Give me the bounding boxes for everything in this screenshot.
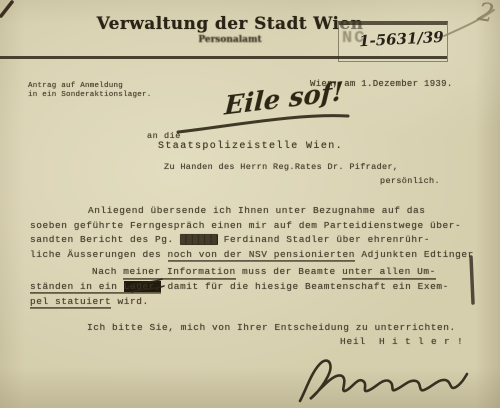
body-line: soeben geführte Ferngespräch einen mir a… <box>30 220 480 235</box>
body-line: Nach meiner Information muss der Beamte … <box>92 266 480 281</box>
reference-line-2: in ein Sonderaktionslager. <box>28 91 152 99</box>
scanned-letter-page: Verwaltung der Stadt Wien Personalamt NC… <box>0 0 500 408</box>
recipient-personal: persönlich. <box>380 176 440 186</box>
letterhead-title: Verwaltung der Stadt Wien <box>90 14 370 34</box>
recipient-office: Staatspolizeistelle Wien. <box>158 141 343 152</box>
pencil-page-number: 2 <box>476 0 496 28</box>
recipient-attention: Zu Handen des Herrn Reg.Rates Dr. Pifrad… <box>164 162 398 172</box>
body-line: liche Äusserungen des noch von der NSV p… <box>30 249 480 264</box>
letterhead-subtitle: Personalamt <box>90 35 370 45</box>
body-line: sandten Bericht des Pg. ██████ Ferdinand… <box>30 234 480 249</box>
signature-handwriting <box>300 361 467 401</box>
reference-line-1: Antrag auf Anmeldung <box>28 82 123 90</box>
closing-request: Ich bitte Sie, mich von Ihrer Entscheidu… <box>87 322 456 333</box>
handwritten-urgency-note: Eile sof! <box>224 76 344 121</box>
header-rule <box>0 56 447 59</box>
closing-salute: Heil H i t l e r ! <box>340 336 464 347</box>
stamp-file-number: 1-5631/39 <box>359 28 445 50</box>
pen-corner-mark <box>1 2 12 16</box>
body-line: Anliegend übersende ich Ihnen unter Bezu… <box>88 205 480 220</box>
recipient-intro: an die <box>147 131 181 141</box>
letter-body: Anliegend übersende ich Ihnen unter Bezu… <box>30 205 480 310</box>
annotation-underline <box>178 116 348 132</box>
body-line: pel statuiert wird. <box>30 296 480 311</box>
body-line: ständen in ein Lager, damit für die hies… <box>30 281 480 296</box>
